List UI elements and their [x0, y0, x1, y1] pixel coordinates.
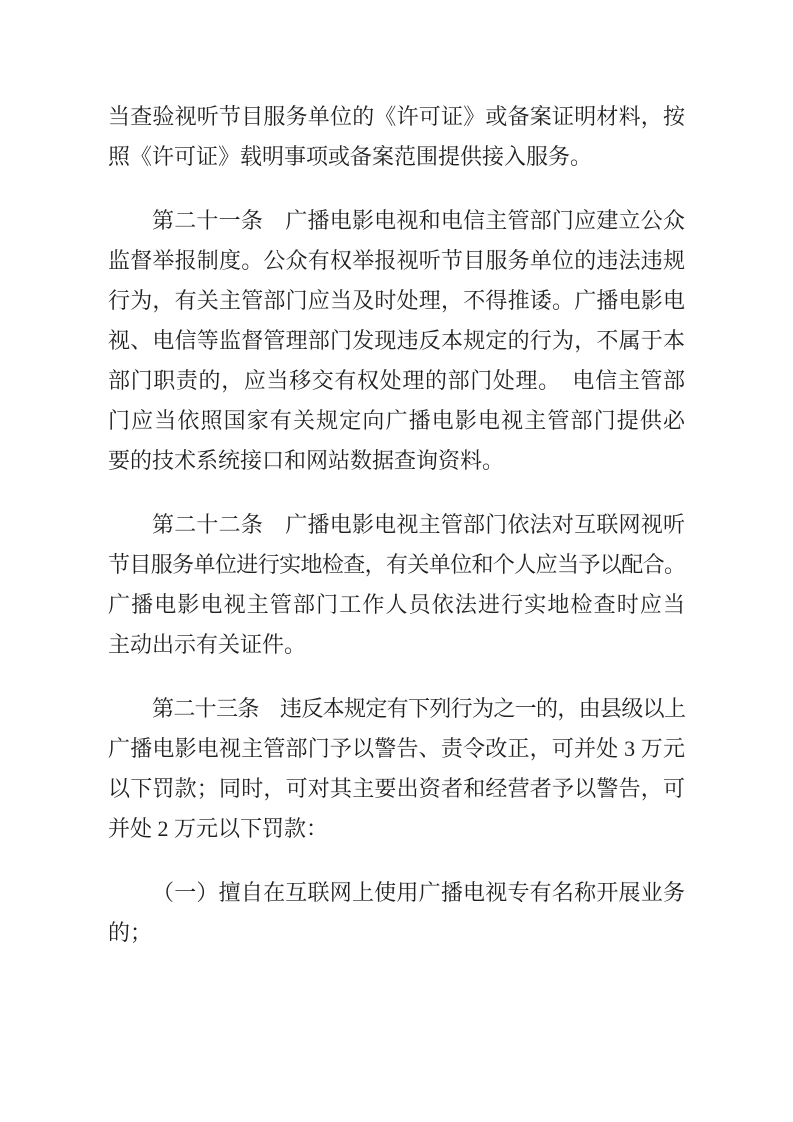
paragraph-article-22: 第二十二条 广播电影电视主管部门依法对互联网视听 节目服务单位进行实地检查，有关… [108, 505, 685, 665]
text-line: 的； [108, 913, 685, 953]
text-line: 照《许可证》载明事项或备案范围提供接入服务。 [108, 137, 685, 177]
paragraph-article-23: 第二十三条 违反本规定有下列行为之一的，由县级以上 广播电影电视主管部门予以警告… [108, 689, 685, 849]
text-line: 节目服务单位进行实地检查，有关单位和个人应当予以配合。 [108, 545, 685, 585]
text-line: 门应当依照国家有关规定向广播电影电视主管部门提供必 [108, 401, 685, 441]
text-line: （一）擅自在互联网上使用广播电视专有名称开展业务 [108, 873, 685, 913]
text-line: 视、电信等监督管理部门发现违反本规定的行为，不属于本 [108, 321, 685, 361]
paragraph-article-21: 第二十一条 广播电影电视和电信主管部门应建立公众 监督举报制度。公众有权举报视听… [108, 201, 685, 481]
text-line: 当查验视听节目服务单位的《许可证》或备案证明材料，按 [108, 97, 685, 137]
text-line: 以下罚款；同时，可对其主要出资者和经营者予以警告，可 [108, 769, 685, 809]
text-line: 监督举报制度。公众有权举报视听节目服务单位的违法违规 [108, 241, 685, 281]
text-line: 主动出示有关证件。 [108, 625, 685, 665]
text-line: 广播电影电视主管部门工作人员依法进行实地检查时应当 [108, 585, 685, 625]
text-line: 行为，有关主管部门应当及时处理，不得推诿。广播电影电 [108, 281, 685, 321]
text-line: 第二十三条 违反本规定有下列行为之一的，由县级以上 [108, 689, 685, 729]
text-line: 第二十一条 广播电影电视和电信主管部门应建立公众 [108, 201, 685, 241]
text-line: 第二十二条 广播电影电视主管部门依法对互联网视听 [108, 505, 685, 545]
text-line: 并处 2 万元以下罚款： [108, 809, 685, 849]
document-page: 当查验视听节目服务单位的《许可证》或备案证明材料，按 照《许可证》载明事项或备案… [0, 0, 793, 1122]
text-line: 要的技术系统接口和网站数据查询资料。 [108, 441, 685, 481]
text-line: 广播电影电视主管部门予以警告、责令改正，可并处 3 万元 [108, 729, 685, 769]
paragraph-item-1: （一）擅自在互联网上使用广播电视专有名称开展业务 的； [108, 873, 685, 953]
text-line: 部门职责的，应当移交有权处理的部门处理。 电信主管部 [108, 361, 685, 401]
paragraph-continuation: 当查验视听节目服务单位的《许可证》或备案证明材料，按 照《许可证》载明事项或备案… [108, 97, 685, 177]
